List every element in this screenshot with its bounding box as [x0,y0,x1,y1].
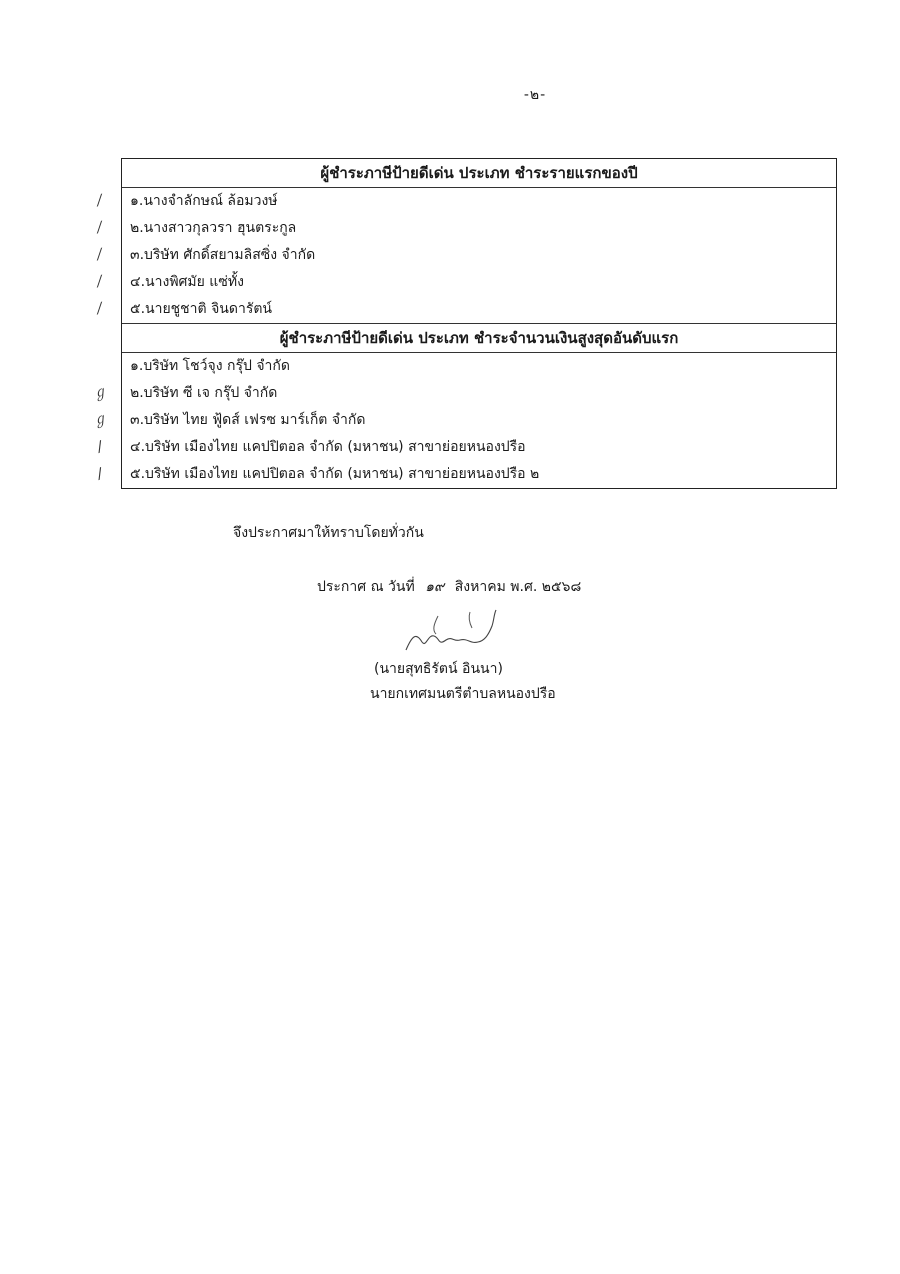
date-prefix: ประกาศ ณ วันที่ [317,579,415,595]
date-day-handwritten: ๑๙ [419,579,450,595]
table-row: / ๔.บริษัท เมืองไทย แคปปิตอล จำกัด (มหาช… [122,434,836,461]
row-text: ๓.บริษัท ไทย ฟู้ดส์ เฟรซ มาร์เก็ต จำกัด [130,412,365,428]
date-month-year: สิงหาคม พ.ศ. ๒๕๖๘ [455,579,582,595]
table-row: ℊ ๒.บริษัท ซี เจ กรุ๊ป จำกัด [122,380,836,407]
row-text: ๒.บริษัท ซี เจ กรุ๊ป จำกัด [130,385,277,401]
check-mark-icon: ⁄ [84,293,116,327]
row-text: ๔.นางพิศมัย แซ่ทั้ง [130,274,244,290]
award-table: ผู้ชำระภาษีป้ายดีเด่น ประเภท ชำระรายแรกข… [121,158,837,489]
slash-mark-icon: / [84,458,116,492]
row-text: ๔.บริษัท เมืองไทย แคปปิตอล จำกัด (มหาชน)… [130,439,526,455]
section-header-highest-payment: ผู้ชำระภาษีป้ายดีเด่น ประเภท ชำระจำนวนเง… [122,323,836,353]
table-row: ⁄ ๓.บริษัท ศักดิ์สยามลิสซิ่ง จำกัด [122,242,836,269]
section-header-first-payer: ผู้ชำระภาษีป้ายดีเด่น ประเภท ชำระรายแรกข… [122,159,836,188]
announcement-date: ประกาศ ณ วันที่ ๑๙ สิงหาคม พ.ศ. ๒๕๖๘ [317,576,581,598]
page-number: -๒- [0,84,900,106]
table-row: ⁄ ๑.นางจำลักษณ์ ล้อมวงษ์ [122,188,836,215]
table-row: / ๕.บริษัท เมืองไทย แคปปิตอล จำกัด (มหาช… [122,461,836,488]
table-row: ℊ ๓.บริษัท ไทย ฟู้ดส์ เฟรซ มาร์เก็ต จำกั… [122,407,836,434]
row-text: ๓.บริษัท ศักดิ์สยามลิสซิ่ง จำกัด [130,247,315,263]
signer-title: นายกเทศมนตรีตำบลหนองปรือ [370,683,556,705]
announcement-text: จึงประกาศมาให้ทราบโดยทั่วกัน [233,522,424,544]
row-text: ๒.นางสาวกุลวรา ฮุนตระกูล [130,220,296,236]
row-text: ๕.บริษัท เมืองไทย แคปปิตอล จำกัด (มหาชน)… [130,466,539,482]
margin-mark-icon [89,349,112,357]
row-text: ๕.นายชูชาติ จินดารัตน์ [130,301,272,317]
table-row: ๑.บริษัท โชว์จุง กรุ๊ป จำกัด [122,353,836,380]
signature-icon [398,606,508,656]
table-row: ⁄ ๔.นางพิศมัย แซ่ทั้ง [122,269,836,296]
table-row: ⁄ ๒.นางสาวกุลวรา ฮุนตระกูล [122,215,836,242]
signer-name: (นายสุทธิรัตน์ อินนา) [374,658,503,680]
row-text: ๑.บริษัท โชว์จุง กรุ๊ป จำกัด [130,358,290,374]
row-text: ๑.นางจำลักษณ์ ล้อมวงษ์ [130,193,278,209]
table-row: ⁄ ๕.นายชูชาติ จินดารัตน์ [122,296,836,323]
